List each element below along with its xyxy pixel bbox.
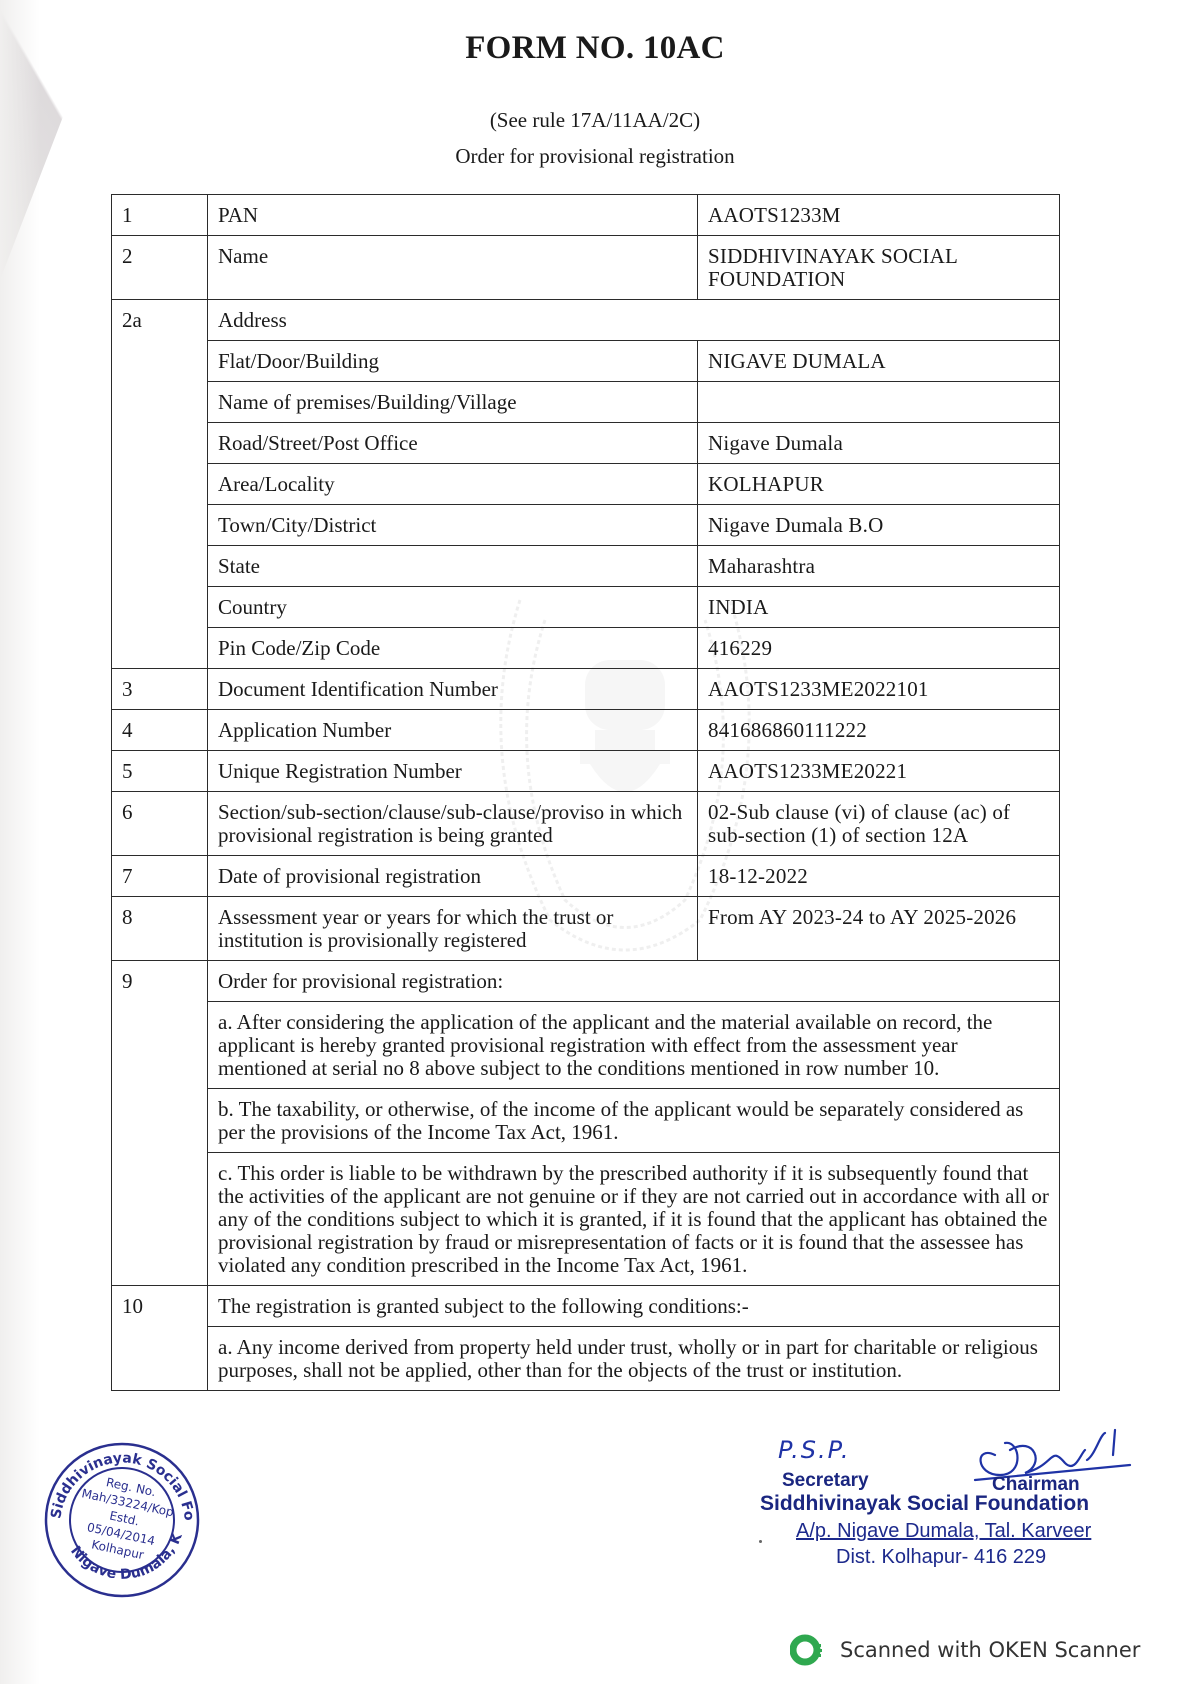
address-value: Maharashtra xyxy=(698,546,1060,587)
table-row-urn: 5 Unique Registration Number AAOTS1233ME… xyxy=(112,751,1060,792)
signature-address: A/p. Nigave Dumala, Tal. Karveer xyxy=(796,1520,1091,1543)
secretary-initials-signature: P.S.P. xyxy=(778,1436,850,1464)
row-number: 1 xyxy=(112,195,208,236)
assessment-year-value: From AY 2023-24 to AY 2025-2026 xyxy=(698,897,1060,961)
address-row: Road/Street/Post Office Nigave Dumala xyxy=(112,423,1060,464)
row-number: 9 xyxy=(112,961,208,1286)
row-number: 8 xyxy=(112,897,208,961)
row-label: Name xyxy=(208,236,698,300)
address-row: Pin Code/Zip Code 416229 xyxy=(112,628,1060,669)
row-label: Document Identification Number xyxy=(208,669,698,710)
svg-text:05/04/2014: 05/04/2014 xyxy=(86,1520,157,1548)
order-paragraph: a. After considering the application of … xyxy=(208,1002,1060,1089)
table-row-date: 7 Date of provisional registration 18-12… xyxy=(112,856,1060,897)
organisation-stamp: Siddhivinayak Social Foundation Nigave D… xyxy=(40,1435,205,1600)
condition-paragraph: a. Any income derived from property held… xyxy=(208,1327,1060,1391)
row-number: 6 xyxy=(112,792,208,856)
address-row: Country INDIA xyxy=(112,587,1060,628)
svg-text:Estd.: Estd. xyxy=(108,1508,140,1528)
address-value: Nigave Dumala B.O xyxy=(698,505,1060,546)
pan-value: AAOTS1233M xyxy=(698,195,1060,236)
row-label: Address xyxy=(208,300,1060,341)
registration-form-table: 1 PAN AAOTS1233M 2 Name SIDDHIVINAYAK SO… xyxy=(111,194,1060,1391)
date-value: 18-12-2022 xyxy=(698,856,1060,897)
row-label: Order for provisional registration: xyxy=(208,961,1060,1002)
row-number: 2 xyxy=(112,236,208,300)
order-clause-b: b. The taxability, or otherwise, of the … xyxy=(112,1089,1060,1153)
table-row-conditions: 10 The registration is granted subject t… xyxy=(112,1286,1060,1327)
table-row-name: 2 Name SIDDHIVINAYAK SOCIAL FOUNDATION xyxy=(112,236,1060,300)
order-clause-a: a. After considering the application of … xyxy=(112,1002,1060,1089)
row-label: Assessment year or years for which the t… xyxy=(208,897,698,961)
svg-text:Nigave Dumala, Karveer: Nigave Dumala, Karveer xyxy=(40,1435,186,1583)
row-number: 10 xyxy=(112,1286,208,1391)
stamp-seal-icon: Siddhivinayak Social Foundation Nigave D… xyxy=(40,1435,205,1600)
secretary-title: Secretary xyxy=(782,1470,869,1492)
address-label: Name of premises/Building/Village xyxy=(208,382,698,423)
address-row: Area/Locality KOLHAPUR xyxy=(112,464,1060,505)
row-label: Date of provisional registration xyxy=(208,856,698,897)
application-number-value: 841686860111222 xyxy=(698,710,1060,751)
row-number: 3 xyxy=(112,669,208,710)
address-value: Nigave Dumala xyxy=(698,423,1060,464)
order-paragraph: c. This order is liable to be withdrawn … xyxy=(208,1153,1060,1286)
row-label: Unique Registration Number xyxy=(208,751,698,792)
svg-text:Kolhapur: Kolhapur xyxy=(90,1537,145,1562)
order-clause-c: c. This order is liable to be withdrawn … xyxy=(112,1153,1060,1286)
svg-text:Siddhivinayak Social Foundatio: Siddhivinayak Social Foundation xyxy=(40,1435,197,1522)
table-row-document-id: 3 Document Identification Number AAOTS12… xyxy=(112,669,1060,710)
condition-clause-a: a. Any income derived from property held… xyxy=(112,1327,1060,1391)
urn-value: AAOTS1233ME20221 xyxy=(698,751,1060,792)
address-label: Pin Code/Zip Code xyxy=(208,628,698,669)
table-row-application-number: 4 Application Number 841686860111222 xyxy=(112,710,1060,751)
address-label: Country xyxy=(208,587,698,628)
form-rule: (See rule 17A/11AA/2C) xyxy=(0,108,1190,133)
address-label: Area/Locality xyxy=(208,464,698,505)
address-label: Town/City/District xyxy=(208,505,698,546)
address-label: Flat/Door/Building xyxy=(208,341,698,382)
svg-text:Mah/33224/Kop: Mah/33224/Kop xyxy=(80,1486,175,1519)
scan-speck xyxy=(759,1540,762,1543)
address-value: KOLHAPUR xyxy=(698,464,1060,505)
stamp-ring-text: Siddhivinayak Social Foundation xyxy=(40,1435,197,1522)
oken-scanner-logo-icon xyxy=(790,1633,824,1667)
address-label: Road/Street/Post Office xyxy=(208,423,698,464)
table-row-address: 2a Address xyxy=(112,300,1060,341)
scanner-label: Scanned with OKEN Scanner xyxy=(840,1638,1140,1662)
svg-text:Reg. No.: Reg. No. xyxy=(105,1475,157,1499)
address-row: Name of premises/Building/Village xyxy=(112,382,1060,423)
form-subtitle: Order for provisional registration xyxy=(0,144,1190,169)
document-id-value: AAOTS1233ME2022101 xyxy=(698,669,1060,710)
table-row-assessment-year: 8 Assessment year or years for which the… xyxy=(112,897,1060,961)
section-value: 02-Sub clause (vi) of clause (ac) of sub… xyxy=(698,792,1060,856)
signature-organisation: Siddhivinayak Social Foundation xyxy=(760,1492,1089,1516)
signature-district: Dist. Kolhapur- 416 229 xyxy=(836,1546,1046,1569)
scan-speck xyxy=(1079,1505,1082,1508)
address-row: State Maharashtra xyxy=(112,546,1060,587)
row-number: 4 xyxy=(112,710,208,751)
row-number: 7 xyxy=(112,856,208,897)
table-row-order: 9 Order for provisional registration: xyxy=(112,961,1060,1002)
address-value: NIGAVE DUMALA xyxy=(698,341,1060,382)
address-label: State xyxy=(208,546,698,587)
row-label: Section/sub-section/clause/sub-clause/pr… xyxy=(208,792,698,856)
address-value: INDIA xyxy=(698,587,1060,628)
address-row: Flat/Door/Building NIGAVE DUMALA xyxy=(112,341,1060,382)
row-label: The registration is granted subject to t… xyxy=(208,1286,1060,1327)
table-row-pan: 1 PAN AAOTS1233M xyxy=(112,195,1060,236)
form-title: FORM NO. 10AC xyxy=(0,30,1190,67)
table-row-section: 6 Section/sub-section/clause/sub-clause/… xyxy=(112,792,1060,856)
row-label: Application Number xyxy=(208,710,698,751)
name-value: SIDDHIVINAYAK SOCIAL FOUNDATION xyxy=(698,236,1060,300)
scan-left-shadow xyxy=(0,0,40,1684)
address-value: 416229 xyxy=(698,628,1060,669)
row-number: 2a xyxy=(112,300,208,669)
order-paragraph: b. The taxability, or otherwise, of the … xyxy=(208,1089,1060,1153)
row-number: 5 xyxy=(112,751,208,792)
address-value xyxy=(698,382,1060,423)
scanner-badge: Scanned with OKEN Scanner xyxy=(790,1633,1140,1667)
row-label: PAN xyxy=(208,195,698,236)
address-row: Town/City/District Nigave Dumala B.O xyxy=(112,505,1060,546)
